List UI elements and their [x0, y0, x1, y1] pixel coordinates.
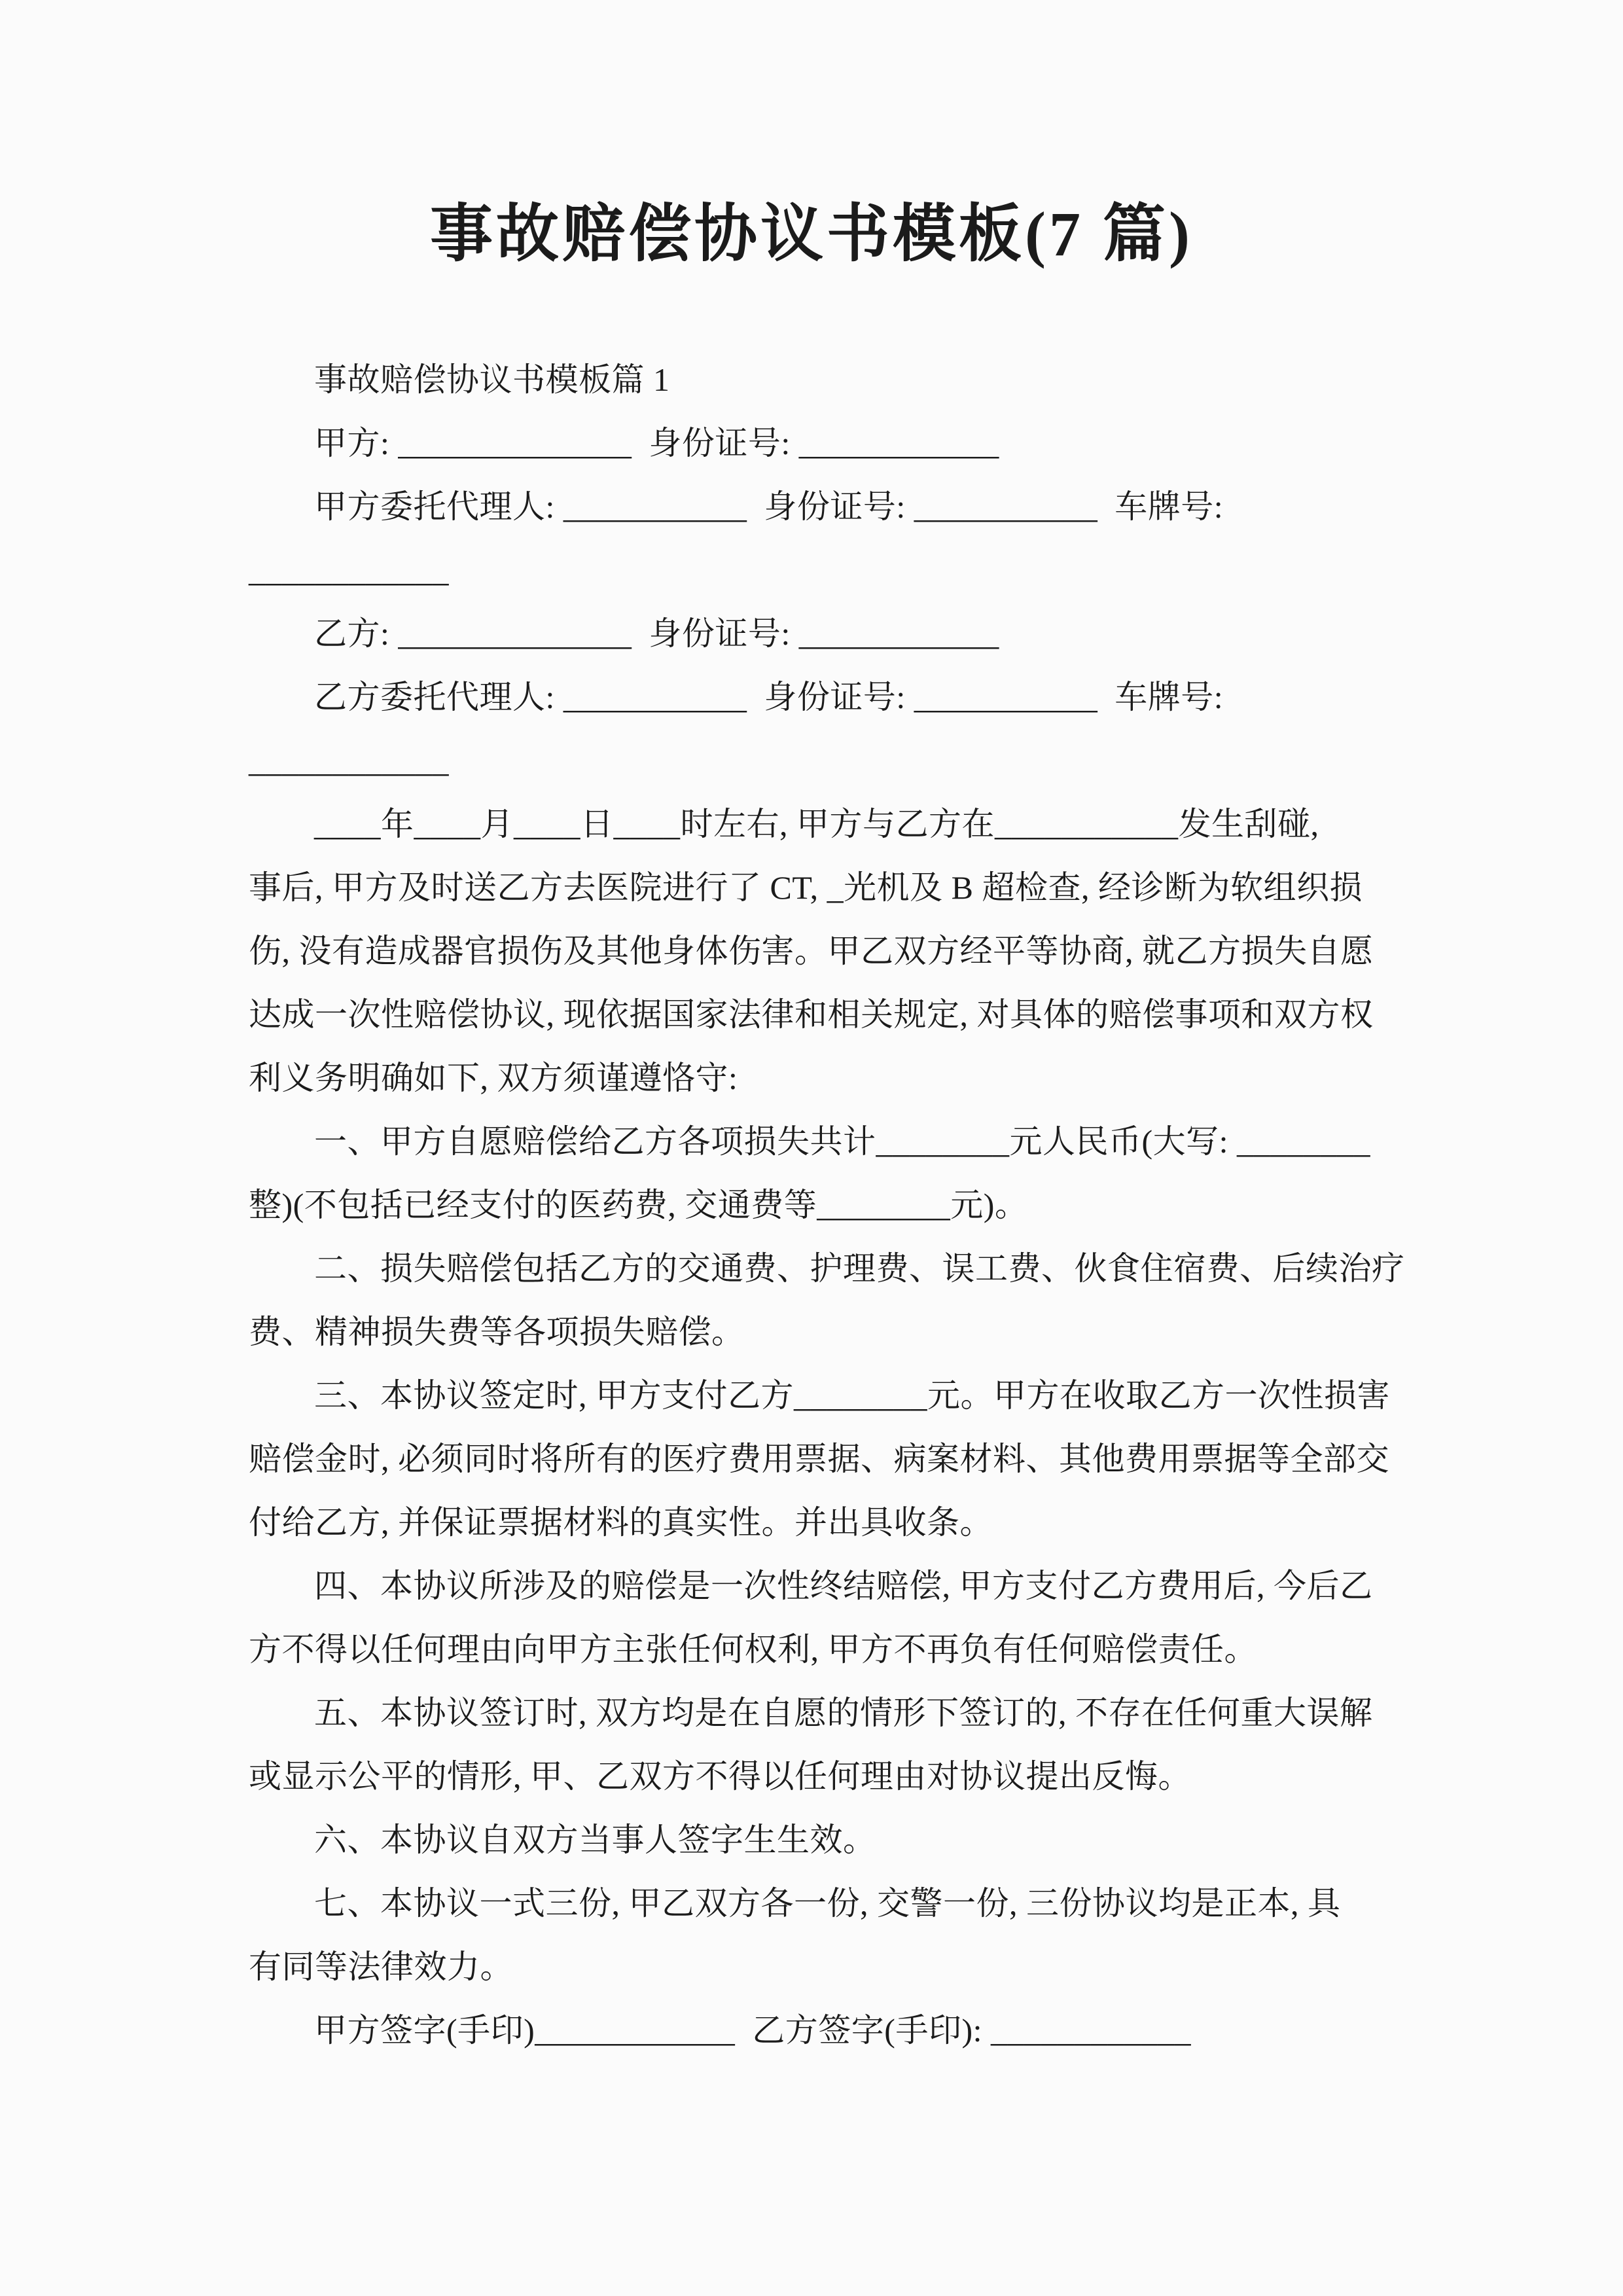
doc-line-23: 或显示公平的情形, 甲、乙双方不得以任何理由对协议提出反悔。 — [249, 1745, 1512, 1808]
document-title: 事故赔偿协议书模板(7 篇) — [0, 0, 1623, 280]
doc-line-9: 事后, 甲方及时送乙方去医院进行了 CT, _光机及 B 超检查, 经诊断为软组… — [249, 856, 1512, 920]
doc-line-1: 事故赔偿协议书模板篇 1 — [249, 348, 1512, 412]
doc-line-17: 三、本协议签定时, 甲方支付乙方________元。甲方在收取乙方一次性损害 — [249, 1364, 1512, 1427]
doc-line-15: 二、损失赔偿包括乙方的交通费、护理费、误工费、伙食住宿费、后续治疗 — [249, 1237, 1512, 1300]
doc-line-12: 利义务明确如下, 双方须谨遵恪守: — [249, 1047, 1512, 1110]
doc-line-10: 伤, 没有造成器官损伤及其他身体伤害。甲乙双方经平等协商, 就乙方损失自愿 — [249, 920, 1512, 983]
doc-line-2: 甲方: ______________ 身份证号: ____________ — [249, 412, 1512, 475]
doc-line-8: ____年____月____日____时左右, 甲方与乙方在__________… — [249, 793, 1512, 856]
document-page: 事故赔偿协议书模板(7 篇) 事故赔偿协议书模板篇 1甲方: _________… — [0, 0, 1623, 2296]
doc-line-27: 甲方签字(手印)____________ 乙方签字(手印): _________… — [249, 1999, 1512, 2062]
doc-line-5: 乙方: ______________ 身份证号: ____________ — [249, 602, 1512, 666]
doc-line-6: 乙方委托代理人: ___________ 身份证号: ___________ 车… — [249, 666, 1512, 729]
doc-line-16: 费、精神损失费等各项损失赔偿。 — [249, 1300, 1512, 1364]
doc-line-4: ____________ — [249, 539, 1512, 602]
doc-line-11: 达成一次性赔偿协议, 现依据国家法律和相关规定, 对具体的赔偿事项和双方权 — [249, 983, 1512, 1047]
doc-line-24: 六、本协议自双方当事人签字生生效。 — [249, 1808, 1512, 1872]
doc-line-26: 有同等法律效力。 — [249, 1935, 1512, 1999]
doc-line-7: ____________ — [249, 729, 1512, 793]
doc-line-22: 五、本协议签订时, 双方均是在自愿的情形下签订的, 不存在任何重大误解 — [249, 1681, 1512, 1745]
doc-line-14: 整)(不包括已经支付的医药费, 交通费等________元)。 — [249, 1174, 1512, 1237]
doc-line-20: 四、本协议所涉及的赔偿是一次性终结赔偿, 甲方支付乙方费用后, 今后乙 — [249, 1554, 1512, 1618]
doc-line-13: 一、甲方自愿赔偿给乙方各项损失共计________元人民币(大写: ______… — [249, 1110, 1512, 1174]
doc-line-19: 付给乙方, 并保证票据材料的真实性。并出具收条。 — [249, 1491, 1512, 1554]
doc-line-3: 甲方委托代理人: ___________ 身份证号: ___________ 车… — [249, 475, 1512, 539]
doc-line-21: 方不得以任何理由向甲方主张任何权利, 甲方不再负有任何赔偿责任。 — [249, 1618, 1512, 1681]
doc-line-18: 赔偿金时, 必须同时将所有的医疗费用票据、病案材料、其他费用票据等全部交 — [249, 1427, 1512, 1491]
doc-line-25: 七、本协议一式三份, 甲乙双方各一份, 交警一份, 三份协议均是正本, 具 — [249, 1872, 1512, 1935]
document-body: 事故赔偿协议书模板篇 1甲方: ______________ 身份证号: ___… — [249, 348, 1512, 2062]
